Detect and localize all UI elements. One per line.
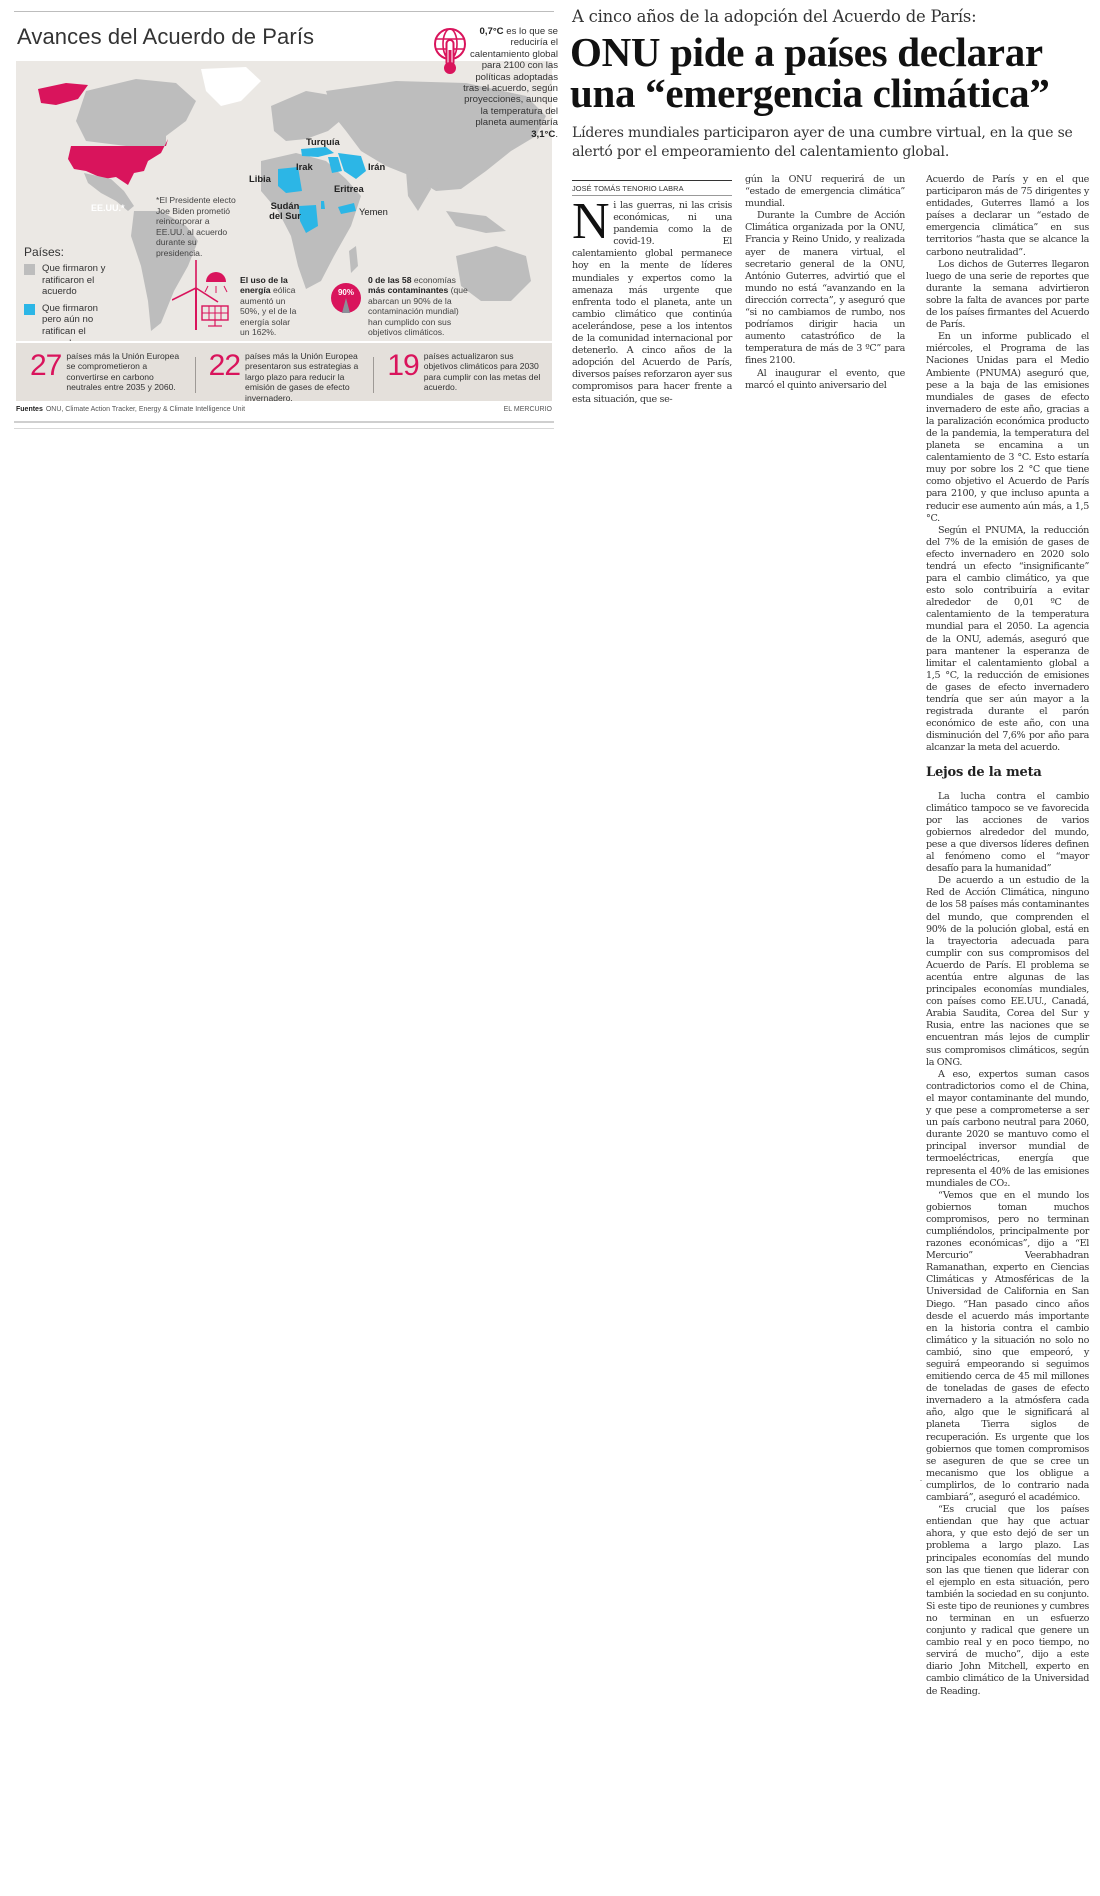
infographic-title: Avances del Acuerdo de París [17, 24, 314, 50]
temp-highlight-end: 3,1°C [531, 129, 555, 140]
byline-rule [572, 180, 732, 181]
infographic-paris-agreement: Avances del Acuerdo de París [14, 8, 554, 426]
paragraph: Según el PNUMA, la reducción del 7% de l… [926, 525, 1089, 755]
paragraph: gún la ONU requerirá de un “estado de em… [745, 174, 905, 210]
sources-line: FuentesONU, Climate Action Tracker, Ener… [16, 406, 245, 413]
temp-text: es lo que se reduciría el calentamiento … [463, 26, 558, 128]
paragraph: Al inaugurar el evento, que marcó el qui… [745, 368, 905, 392]
stat-text: países más la Unión Europea presentaron … [245, 351, 367, 403]
stat-text: países más la Unión Europea se compromet… [66, 351, 184, 393]
energy-callout: El uso de la energía eólica aumentó un 5… [240, 275, 302, 337]
paragraph: “Vemos que en el mundo los gobiernos tom… [926, 1190, 1089, 1504]
article-column-2: gún la ONU requerirá de un “estado de em… [745, 174, 905, 392]
paragraph: Acuerdo de París y en el que participaro… [926, 174, 1089, 259]
legend-swatch-grey [24, 264, 35, 275]
biden-note: *El Presidente electo Joe Biden prometió… [156, 195, 236, 259]
usa-label: EE.UU.* [91, 203, 125, 213]
column-mark [920, 1480, 922, 1481]
article-kicker: A cinco años de la adopción del Acuerdo … [572, 7, 976, 26]
label-sudan-del-sur: Sudán del Sur [266, 201, 304, 221]
pie-percent-icon [331, 276, 361, 320]
pie-percent-label: 90% [334, 288, 358, 297]
turkey-shape [301, 147, 334, 157]
article-headline: ONU pide a países declarar una “emergenc… [570, 32, 1100, 114]
temp-end: . [555, 129, 558, 140]
top-rule [14, 11, 554, 12]
paragraph: En un informe publicado el miércoles, el… [926, 331, 1089, 525]
temp-highlight: 0,7°C [479, 26, 503, 37]
economies-text1: economías [411, 275, 455, 285]
paragraph: Los dichos de Guterres llegaron luego de… [926, 259, 1089, 332]
legend-label: Que firmaron y ratificaron el acuerdo [42, 263, 106, 298]
legend-title: Países: [24, 245, 134, 259]
temperature-callout: 0,7°C es lo que se reduciría el calentam… [462, 26, 558, 140]
bottom-rule [14, 421, 554, 423]
legend-swatch-cyan [24, 304, 35, 315]
label-turquia: Turquía [306, 137, 340, 147]
label-eritrea: Eritrea [334, 184, 364, 194]
brand-credit: EL MERCURIO [504, 406, 552, 413]
stat-number: 19 [387, 351, 418, 381]
label-irak: Irak [296, 162, 313, 172]
legend-label: Que firmaron pero aún no ratifican el ac… [42, 303, 106, 341]
paragraph: Durante la Cumbre de Acción Climática or… [745, 210, 905, 367]
legend: Países: Que firmaron y ratificaron el ac… [24, 245, 134, 341]
stat-number: 22 [209, 351, 240, 381]
sources-text: ONU, Climate Action Tracker, Energy & Cl… [46, 406, 245, 413]
paragraph: A eso, expertos suman casos contradictor… [926, 1069, 1089, 1190]
article-column-3: Acuerdo de París y en el que participaro… [926, 174, 1089, 1698]
stat-item: 27 países más la Unión Europea se compro… [16, 343, 195, 401]
article-column-1: Ni las guerras, ni las crisis económicas… [572, 200, 732, 406]
stats-bar: 27 países más la Unión Europea se compro… [16, 343, 552, 401]
article-dek: Líderes mundiales participaron ayer de u… [572, 124, 1100, 161]
paragraph: “Es crucial que los países entiendan que… [926, 1504, 1089, 1698]
label-iran: Irán [368, 162, 385, 172]
label-yemen: Yemen [359, 207, 388, 217]
stat-text: países actualizaron sus objetivos climát… [424, 351, 542, 393]
paragraph: De acuerdo a un estudio de la Red de Acc… [926, 875, 1089, 1069]
stat-number: 27 [30, 351, 61, 381]
economies-bold2: más contaminantes [368, 285, 448, 295]
label-libia: Libia [249, 174, 271, 184]
byline: JOSÉ TOMÁS TENORIO LABRA [572, 184, 684, 193]
stat-item: 22 países más la Unión Europea presentar… [195, 343, 374, 401]
legend-item-not-ratified: Que firmaron pero aún no ratifican el ac… [24, 303, 134, 341]
stat-item: 19 países actualizaron sus objetivos cli… [373, 343, 552, 401]
wind-solar-icon [172, 260, 232, 332]
iran-shape [338, 153, 366, 179]
sources-label: Fuentes [16, 406, 43, 413]
economies-callout: 0 de las 58 economías más contaminantes … [368, 275, 468, 337]
section-subhead: Lejos de la meta [926, 767, 1089, 779]
paragraph: Ni las guerras, ni las crisis económicas… [572, 200, 732, 406]
economies-bold: 0 de las 58 [368, 275, 411, 285]
paragraph: La lucha contra el cambio climático tamp… [926, 791, 1089, 876]
drop-cap: N [572, 202, 609, 242]
legend-item-ratified: Que firmaron y ratificaron el acuerdo [24, 263, 134, 298]
column-bottom-rule [14, 428, 554, 429]
